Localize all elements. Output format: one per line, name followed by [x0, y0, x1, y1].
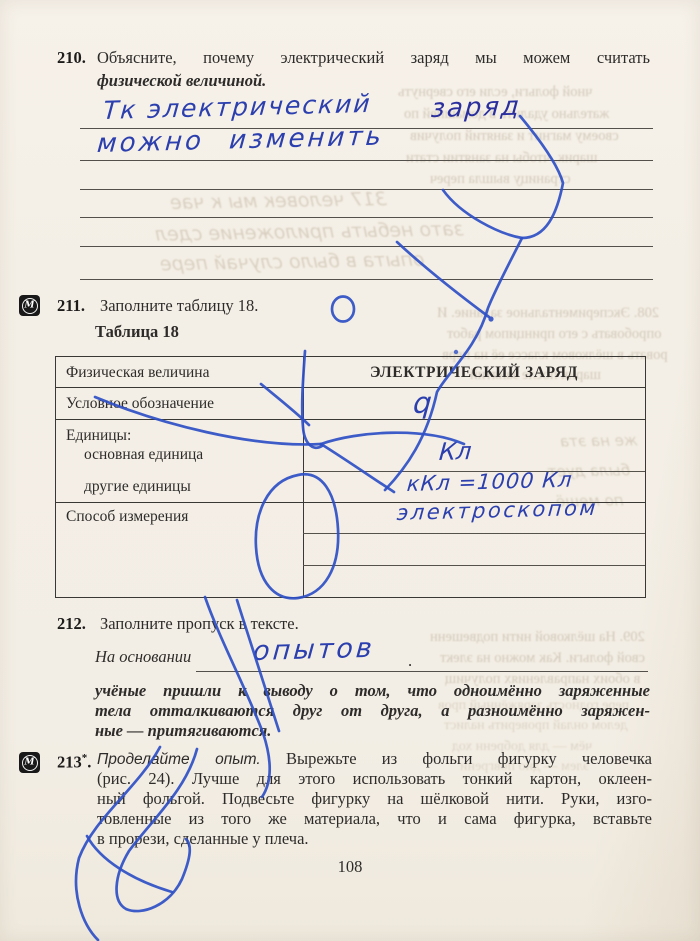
task-212-period: .: [408, 651, 412, 671]
bleedthrough-handwriting: опыта в было случай пере: [160, 249, 425, 276]
bleedthrough-text: 208. Экспериментальное задание. И: [437, 305, 659, 322]
table-col2-header: ЭЛЕКТРИЧЕСКИЙ ЗАРЯД: [303, 364, 645, 382]
badge-letter: М: [25, 757, 35, 767]
workbook-page: чной фольги, если его свернуть жательно …: [0, 0, 700, 941]
ruled-line: [80, 217, 653, 218]
table-answer-other-units: кКл =1000 Кл: [406, 468, 574, 496]
methodical-badge: М: [19, 752, 40, 773]
table-row-divider: [56, 387, 645, 388]
task-213-number: 213*.: [57, 749, 91, 772]
badge-ring: М: [22, 755, 38, 771]
pen-circle-o: [332, 297, 354, 322]
task-210-prompt-line1: Объясните, почему электрический заряд мы…: [97, 48, 650, 68]
task-210-answer-handwriting: заряд: [430, 92, 522, 124]
bleedthrough-text: шарик, чтобы на занятии стати: [406, 150, 597, 167]
bleedthrough-text: свой фольги. Как можно на элект: [440, 650, 645, 667]
bleedthrough-text: своему магнит и занятий получив: [410, 128, 619, 145]
bleedthrough-text: 209. На шёлковой нити подвешенн: [430, 629, 645, 646]
table-row-divider: [56, 419, 645, 420]
task-210-answer-handwriting: можно изменить: [96, 121, 385, 159]
bleedthrough-handwriting: 317 человек мы к чае: [170, 188, 387, 214]
task-212-number: 212.: [57, 614, 86, 634]
table-write-line: [303, 565, 645, 566]
ruled-line: [80, 246, 653, 247]
task-213-number-text: 213: [57, 753, 82, 772]
task-213-line1-rest: Вырежьте из фольги фигурку человечка: [286, 749, 652, 768]
badge-letter: М: [25, 300, 35, 310]
table-18-caption: Таблица 18: [95, 322, 179, 342]
badge-ring: М: [22, 298, 38, 314]
task-213-text-line: ный фольгой. Подвесьте фигурку на шёлков…: [97, 789, 652, 809]
task-213-dot: .: [87, 753, 91, 772]
table-col1-header: Физическая величина: [66, 364, 209, 382]
table-answer-main-unit: Кл: [438, 437, 473, 466]
table-label-method: Способ измерения: [66, 508, 188, 526]
ruled-line: [80, 160, 653, 161]
table-answer-symbol: q: [412, 385, 433, 420]
bleedthrough-handwriting: зато небыть приложение сдел: [155, 218, 464, 245]
task-211-number: 211.: [57, 296, 85, 316]
task-213-text-line: Проделайте опыт. Вырежьте из фольги фигу…: [97, 749, 652, 770]
task-212-lead-text: На основании: [95, 647, 191, 667]
task-212-text-line: тела отталкиваются друг от друга, а разн…: [95, 701, 650, 721]
table-label-units-other: другие единицы: [84, 478, 191, 496]
table-label-units: Единицы:: [66, 427, 131, 445]
methodical-badge: М: [19, 295, 40, 316]
table-label-units-main: основная единица: [84, 446, 203, 464]
task-212-blank-handwriting: опытов: [252, 633, 376, 667]
task-210-answer-handwriting: Тк электрический: [102, 89, 373, 125]
task-213-text-line: в прорези, сделанные у плеча.: [97, 829, 309, 849]
bleedthrough-text: опробовать с его принципом работ: [447, 326, 661, 343]
task-213-text-line: товленные из того же материала, что и са…: [97, 809, 652, 829]
fill-in-blank-line: [196, 671, 648, 672]
task-210-prompt-line2: физической величиной.: [97, 71, 266, 91]
table-column-divider: [303, 357, 304, 597]
task-212-text-line: ные — притягиваются.: [95, 721, 271, 741]
task-213-text-line: (рис. 24). Лучше для этого использовать …: [97, 769, 652, 789]
task-210-number: 210.: [57, 48, 86, 68]
ruled-line: [80, 279, 653, 280]
task-212-prompt: Заполните пропуск в тексте.: [100, 614, 299, 634]
ruled-line: [80, 189, 653, 190]
task-212-text-line: учёные пришли к выводу о том, что одноим…: [95, 681, 650, 701]
task-213-lead-italic: Проделайте опыт.: [97, 751, 261, 768]
bleedthrough-text: страницу вышла переч: [430, 171, 571, 188]
task-211-prompt: Заполните таблицу 18.: [100, 296, 258, 316]
table-write-line: [303, 533, 645, 534]
table-label-symbol: Условное обозначение: [66, 395, 214, 413]
page-number: 108: [0, 857, 700, 877]
